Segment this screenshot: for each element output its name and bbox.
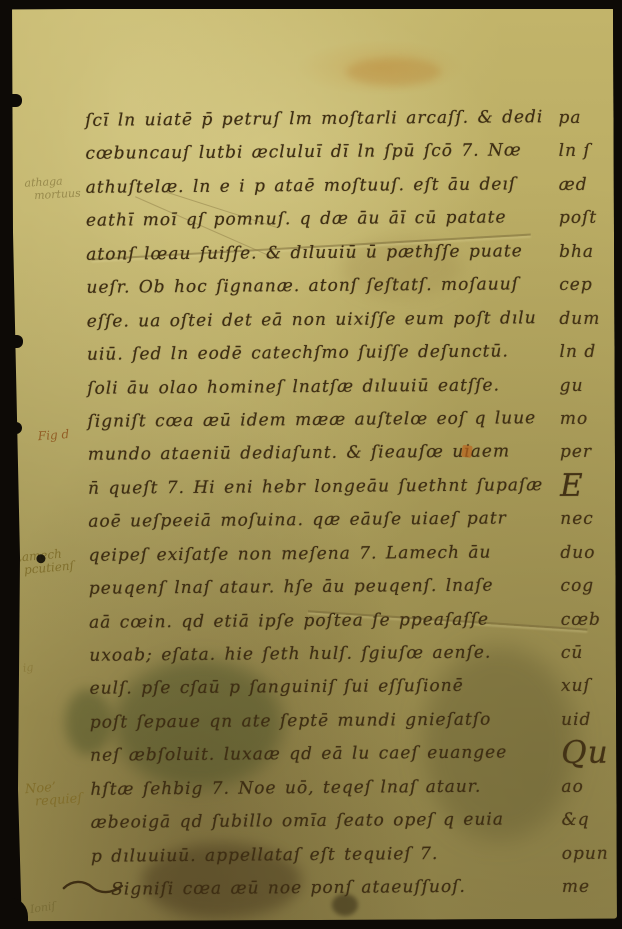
facing-text-fragment: bha: [559, 235, 617, 269]
text-line: eſſe. ua oſtei det eā non uixiſſe eum po…: [87, 302, 523, 339]
text-line: ueſr. Ob hoc ſignanæ. atonſ ſeſtatſ. moſ…: [86, 269, 522, 306]
facing-text-fragment: nec: [560, 503, 617, 537]
text-line: athuſtelæ. ln e i p ataē moſtuuſ. eſt āu…: [86, 168, 522, 205]
manuscript-photo: ſcī ln uiatē p̄ petruſ lm moſtarli arcaſ…: [0, 0, 622, 929]
gloss-text: requieſ: [26, 792, 83, 809]
text-line: eulſ. pſe cſaū p ſanguiniſ ſui eſſuſionē: [89, 670, 525, 707]
facing-text-fragment: poſt: [559, 202, 617, 236]
facing-text-fragment: ao: [561, 770, 617, 804]
text-line: ſoli āu olao homineſ lnatſæ dıluuiū eatſ…: [87, 369, 523, 406]
facing-text-fragment: cep: [559, 269, 617, 303]
pen-flourish-icon: [62, 878, 124, 898]
text-line: uiū. ſed ln eodē catechſmo ſuiſſe deſunc…: [87, 335, 523, 372]
text-line: eathī moī qſ pomnuſ. q dæ āu āī cū patat…: [86, 202, 522, 239]
text-line: ſcī ln uiatē p̄ petruſ lm moſtarli arcaſ…: [85, 101, 521, 138]
text-line: cœbuncauſ lutbi æcluluī dī ln ſpū ſcō 7.…: [85, 135, 521, 172]
margin-gloss-lamech: Lamech pcutienſ: [13, 547, 74, 578]
facing-text-fragment: gu: [560, 369, 617, 403]
margin-gloss-fig: Fig d: [37, 428, 69, 443]
facing-text-fragment: me: [562, 871, 617, 905]
facing-text-fragment: opun: [562, 837, 617, 871]
facing-text-fragment: xuſ: [561, 670, 617, 704]
text-line: qeipeſ exiſatſe non meſena 7. Lamech āu: [88, 536, 524, 573]
photo-frame-edge: [0, 0, 622, 9]
gloss-text: Ioniſ: [29, 899, 56, 916]
text-line: peuqenſ lnaſ ataur. hſe āu peuqenſ. lnaſ…: [89, 569, 525, 606]
text-line: neſ æbſoluit. luxaæ qd eā lu caeſ euange…: [90, 737, 526, 774]
text-line: ſigniſt cœa æū idem mææ auſtelœ eoſ q lu…: [87, 402, 523, 439]
binding-notch: [6, 94, 22, 107]
binding-notch: [6, 335, 23, 348]
text-line: æbeoigā qd ſubillo omīa ſeato opeſ q eui…: [91, 803, 527, 840]
text-line: hſtæ ſehbig 7. Noe uō, teqeſ lnaſ ataur.: [90, 770, 526, 807]
binding-notch: [6, 422, 22, 434]
facing-text-fragment: cog: [560, 570, 617, 604]
facing-text-fragment: pa: [558, 102, 617, 136]
facing-text-fragment: ln d: [559, 336, 617, 370]
text-line: aoē ueſpeeiā moſuina. qæ eāuſe uiaeſ pat…: [88, 503, 524, 540]
parchment-page: ſcī ln uiatē p̄ petruſ lm moſtarli arcaſ…: [10, 7, 617, 922]
facing-text-fragment: dum: [559, 302, 617, 336]
text-line: uxoab; eſata. hie ſeth hulſ. ſgiuſœ aenſ…: [89, 636, 525, 673]
facing-column-fragment: paln ſædpoſtbhacepdumln dgumoperEnecduoc…: [558, 102, 617, 905]
margin-gloss-mortuus: athaga mortuus: [24, 174, 81, 203]
facing-text-fragment: cœb: [561, 603, 617, 637]
facing-text-fragment: mo: [560, 403, 617, 437]
facing-text-fragment: uid: [561, 703, 617, 737]
main-text-column: ſcī ln uiatē p̄ petruſ lm moſtarli arcaſ…: [85, 101, 527, 907]
stain: [346, 57, 441, 85]
margin-gloss-ig: ig: [22, 661, 34, 675]
rubric-correction-mark: [461, 445, 473, 458]
gloss-text: mortuus: [25, 187, 81, 203]
facing-text-fragment: &q: [561, 804, 617, 838]
text-line: n̄ queſt 7. Hi eni hebr longeāu ſuethnt …: [88, 469, 524, 506]
gloss-text: pcutienſ: [15, 559, 75, 577]
text-line: poſt ſepaue qn ate ſeptē mundi gnieſatſo: [90, 703, 526, 740]
text-line: mundo ataeniū dediaſunt. & ſieauſœ uiaem: [88, 436, 524, 473]
wormhole-dot: [36, 554, 45, 563]
facing-text-fragment: ln ſ: [559, 135, 617, 169]
facing-text-fragment: Qu: [561, 737, 617, 771]
text-line: p dıluuiuū. appellataſ eſt tequieſ 7.: [91, 837, 527, 874]
margin-gloss-cutoff: Ioniſ: [29, 899, 56, 916]
facing-text-fragment: per: [560, 436, 617, 470]
text-line: atonſ lœau ſuiſſe. & dıluuiū ū pæthſſe p…: [86, 235, 522, 272]
facing-text-fragment: E: [560, 469, 617, 503]
facing-text-fragment: duo: [560, 536, 617, 570]
gloss-text: ig: [22, 661, 34, 675]
facing-text-fragment: cū: [561, 637, 617, 671]
facing-text-fragment: æd: [559, 168, 617, 202]
text-line: Signiſi cœa æū noe ponſ ataeuſſuoſ.: [91, 870, 527, 907]
text-line: aā cœin. qd etiā ipſe poſtea ſe ppeaſaſſ…: [89, 603, 525, 640]
margin-gloss-noe-requies: Noe’ requieſ: [25, 779, 83, 809]
gloss-text: Fig d: [37, 427, 69, 443]
